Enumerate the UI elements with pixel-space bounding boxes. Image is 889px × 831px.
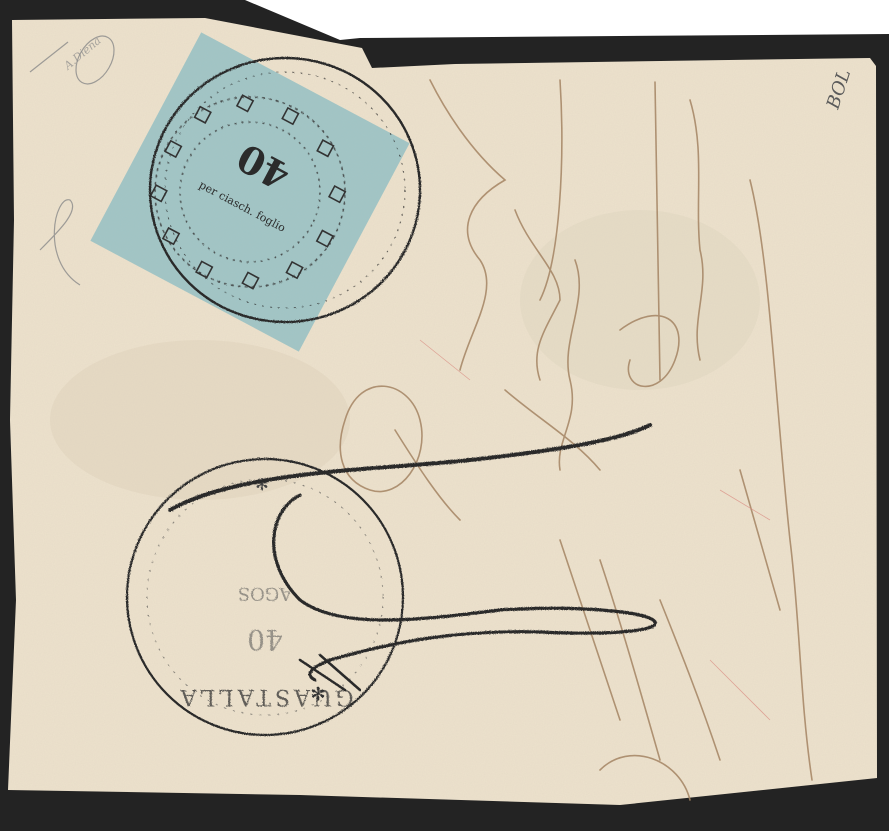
svg-text:✻: ✻ (310, 684, 325, 705)
svg-text:✻: ✻ (255, 475, 268, 494)
postmark-town: GUASTALLA (177, 684, 354, 709)
postmark-day: 40 (247, 623, 283, 656)
postmark-month: AGOS (238, 583, 293, 604)
philatelic-item-photo: 40 per ciasch. foglio GUASTALLA 40 AGOS … (0, 0, 889, 831)
